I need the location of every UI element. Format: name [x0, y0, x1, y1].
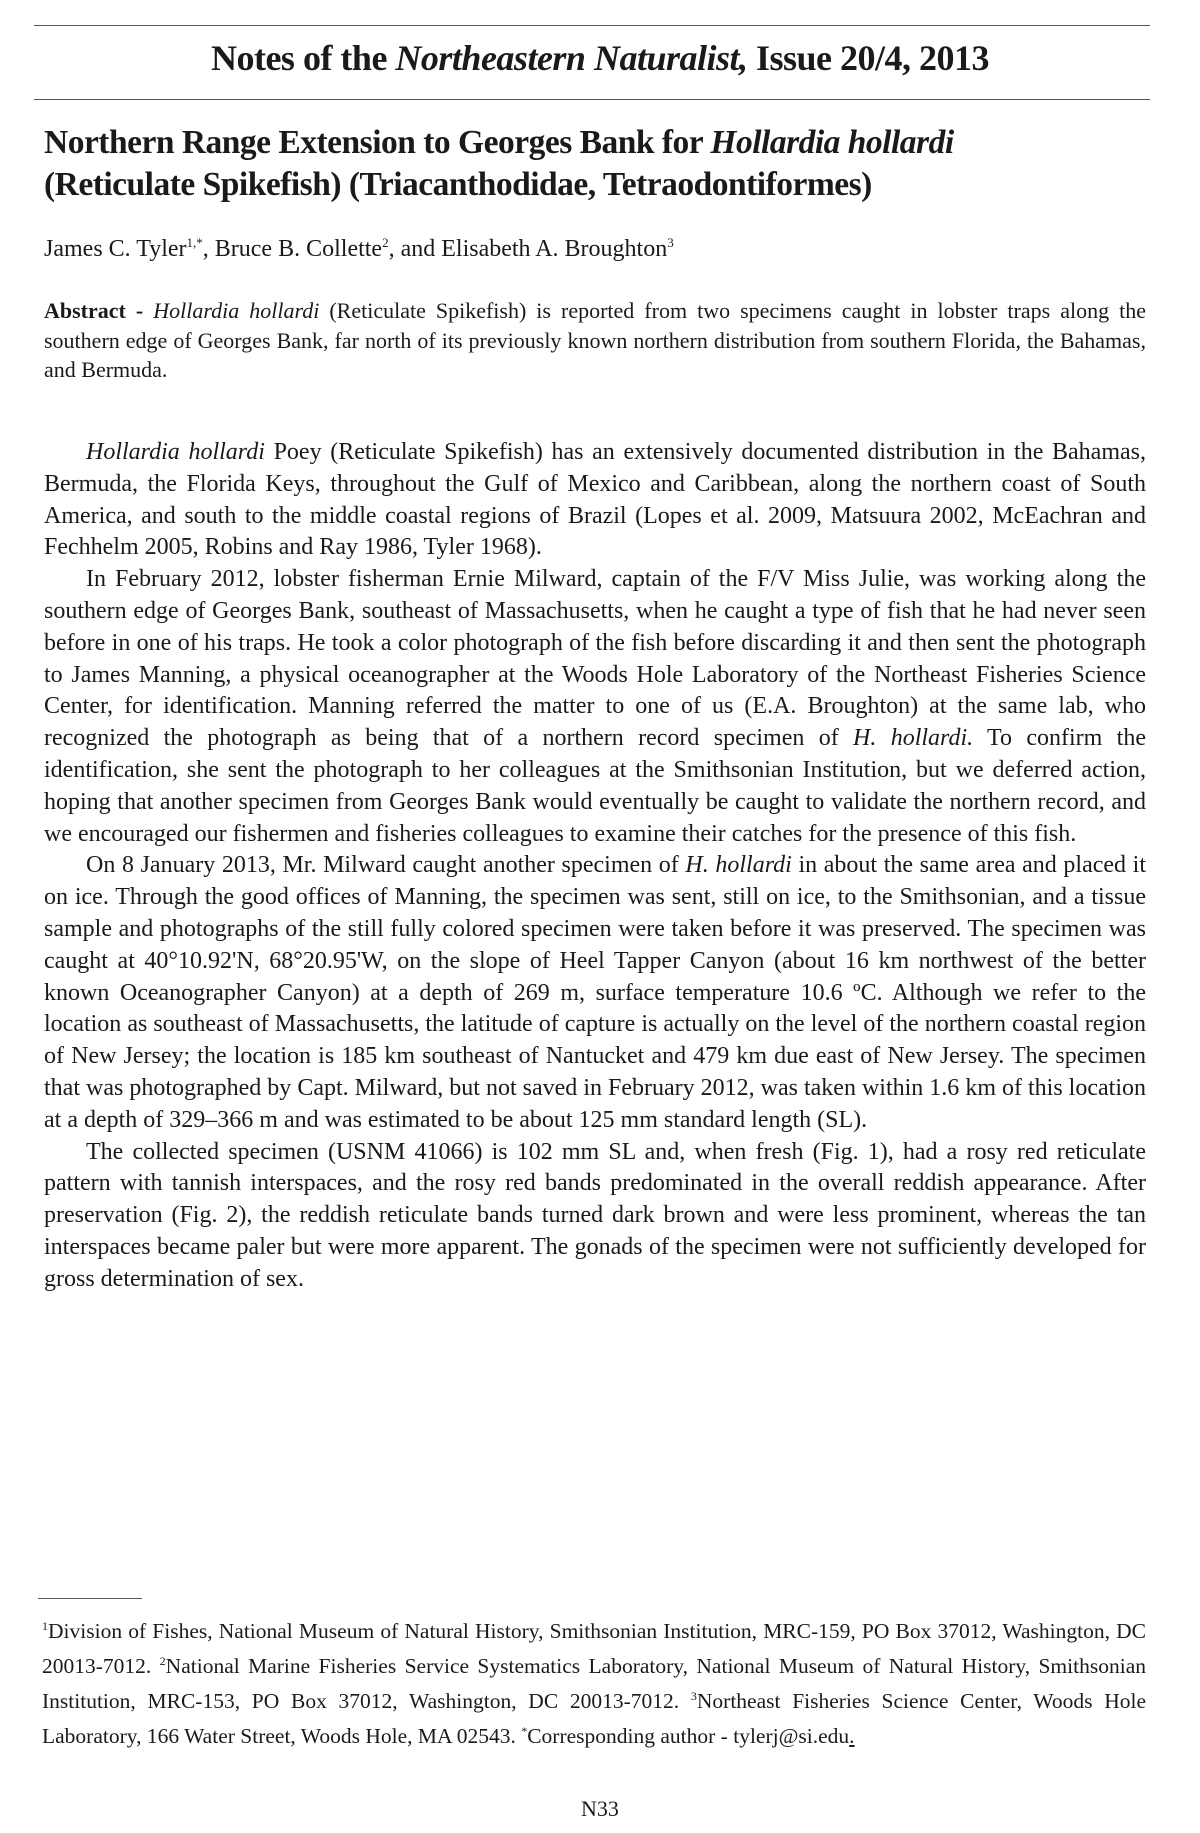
- species-name: H. hollardi.: [853, 725, 973, 751]
- issue-info: Issue 20/4, 2013: [748, 38, 990, 78]
- article-title: Northern Range Extension to Georges Bank…: [44, 122, 1154, 206]
- paragraph-text: In February 2012, lobster fisherman Erni…: [44, 566, 1146, 751]
- header-bottom-rule: [34, 99, 1150, 100]
- footnote-text: Corresponding author -: [527, 1724, 733, 1748]
- title-part1: Northern Range Extension to Georges Bank…: [44, 124, 710, 161]
- author-affiliation: 1,*: [187, 235, 203, 250]
- author-name: James C. Tyler: [44, 236, 187, 262]
- title-part2: (Reticulate Spikefish) (Triacanthodidae,…: [44, 166, 872, 203]
- author-list: James C. Tyler1,*, Bruce B. Collette2, a…: [44, 228, 674, 264]
- journal-header: Notes of the Northeastern Naturalist, Is…: [0, 40, 1200, 76]
- footnote-separator: [38, 1598, 142, 1599]
- header-prefix: Notes of the: [211, 38, 395, 78]
- abstract-species: Hollardia hollardi: [153, 298, 319, 323]
- author-separator: ,: [203, 236, 215, 262]
- title-species: Hollardia hollardi: [710, 124, 953, 161]
- page-number: N33: [0, 1796, 1200, 1822]
- author-name: Bruce B. Collette: [215, 236, 382, 262]
- body-paragraph-1: Hollardia hollardi Poey (Reticulate Spik…: [44, 437, 1146, 564]
- author-name: Elisabeth A. Broughton: [441, 236, 667, 262]
- journal-name: Northeastern Naturalist,: [395, 38, 747, 78]
- article-body: Hollardia hollardi Poey (Reticulate Spik…: [44, 437, 1146, 1296]
- author-affiliation: 3: [667, 235, 674, 250]
- paragraph-text: On 8 January 2013, Mr. Milward caught an…: [86, 852, 685, 878]
- body-paragraph-3: On 8 January 2013, Mr. Milward caught an…: [44, 850, 1146, 1136]
- abstract: Abstract - Hollardia hollardi (Reticulat…: [44, 296, 1146, 385]
- body-paragraph-2: In February 2012, lobster fisherman Erni…: [44, 564, 1146, 850]
- species-name: Hollardia hollardi: [86, 439, 265, 465]
- paragraph-text: in about the same area and placed it on …: [44, 852, 1146, 1132]
- footnote-end: .: [849, 1724, 854, 1748]
- species-name: H. hollardi: [685, 852, 791, 878]
- header-top-rule: [34, 25, 1150, 26]
- author-email-link[interactable]: tylerj@si.edu: [733, 1724, 849, 1748]
- author-separator: , and: [389, 236, 442, 262]
- body-paragraph-4: The collected specimen (USNM 41066) is 1…: [44, 1137, 1146, 1296]
- paragraph-text: The collected specimen (USNM 41066) is 1…: [44, 1139, 1146, 1292]
- footnotes: 1Division of Fishes, National Museum of …: [42, 1611, 1146, 1751]
- abstract-label: Abstract -: [44, 298, 153, 323]
